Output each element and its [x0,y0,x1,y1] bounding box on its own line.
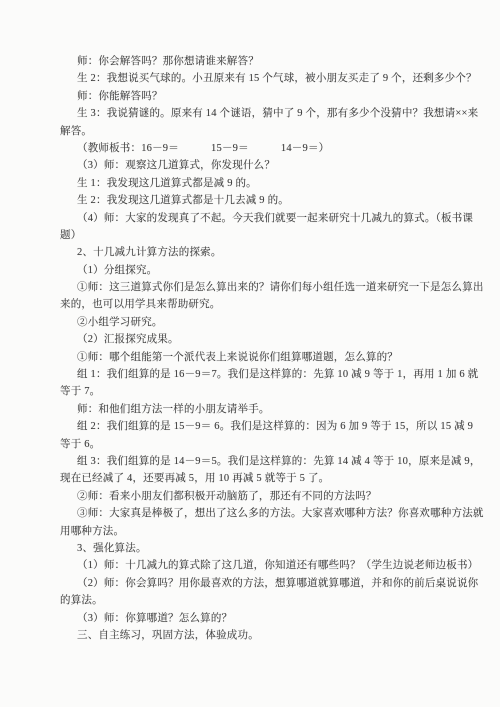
text-line: （4）师：大家的发现真了不起。今天我们就要一起来研究十几减九的算式。（板书课 [60,210,446,227]
text-line: （1）师：十几减九的算式除了这几道，你知道还有哪些吗？（学生边说老师边板书） [60,557,446,574]
text-line: 题） [60,227,446,244]
text-line: 师：和他们组方法一样的小朋友请举手。 [60,401,446,418]
text-line: ③师：大家真是棒极了，想出了这么多的方法。大家喜欢哪种方法？你喜欢哪种方法就 [60,505,446,522]
text-line: ②小组学习研究。 [60,314,446,331]
text-line: （3）师：你算哪道？怎么算的？ [60,610,446,627]
text-line: 生 2：我发现这几道算式都是十几去减 9 的。 [60,192,446,209]
text-line: ①师：这三道算式你们是怎么算出来的？请你们每小组任选一道来研究一下是怎么算出 [60,279,446,296]
text-line: 的算法。 [60,592,446,609]
text-line: 师：你能解答吗？ [60,88,446,105]
text-line: 组 2：我们组算的是 15－9＝ 6。我们是这样算的：因为 6 加 9 等于 1… [60,418,446,435]
text-line: ①师：哪个组能第一个派代表上来说说你们组算哪道题，怎么算的？ [60,349,446,366]
text-line: （1）分组探究。 [60,262,446,279]
section-heading-line: 三、自主练习，巩固方法，体验成功。 [60,627,446,644]
text-line: 生 3：我说猜谜的。原来有 14 个谜语，猜中了 9 个，那有多少个没猜中？我想… [60,105,446,122]
section-heading-line: 2、十几减九计算方法的探索。 [60,244,446,261]
document-page: 师：你会解答吗？那你想请谁来解答？ 生 2：我想说买气球的。小丑原来有 15 个… [60,53,446,644]
text-line: 组 1：我们组算的是 16－9＝7。我们是这样算的：先算 10 减 9 等于 1… [60,366,446,383]
text-line: 生 2：我想说买气球的。小丑原来有 15 个气球，被小朋友买走了 9 个，还剩多… [60,70,446,87]
text-line: 现在已经减了 4，还要再减 5，用 10 再减 5 就等于 5 了。 [60,470,446,487]
text-line: （2）师：你会算吗？用你最喜欢的方法，想算哪道就算哪道，并和你的前后桌说说你 [60,575,446,592]
text-line: 来的，也可以用学具来帮助研究。 [60,296,446,313]
text-line: 组 3：我们组算的是 14－9＝5。我们是这样算的：先算 14 减 4 等于 1… [60,453,446,470]
text-line: 师：你会解答吗？那你想请谁来解答？ [60,53,446,70]
document-canvas: 师：你会解答吗？那你想请谁来解答？ 生 2：我想说买气球的。小丑原来有 15 个… [0,0,500,707]
text-line: ②师：看来小朋友们都积极开动脑筋了，那还有不同的方法吗？ [60,488,446,505]
section-heading-line: 3、强化算法。 [60,540,446,557]
text-line: （3）师：观察这几道算式，你发现什么？ [60,157,446,174]
text-line: 等于 6。 [60,436,446,453]
text-line: （2）汇报探究成果。 [60,331,446,348]
text-line: 用哪种方法。 [60,523,446,540]
text-line: 解答。 [60,123,446,140]
board-writing-line: （教师板书：16－9＝ 15－9＝ 14－9＝） [60,140,446,157]
text-line: 等于 7。 [60,383,446,400]
text-line: 生 1：我发现这几道算式都是减 9 的。 [60,175,446,192]
